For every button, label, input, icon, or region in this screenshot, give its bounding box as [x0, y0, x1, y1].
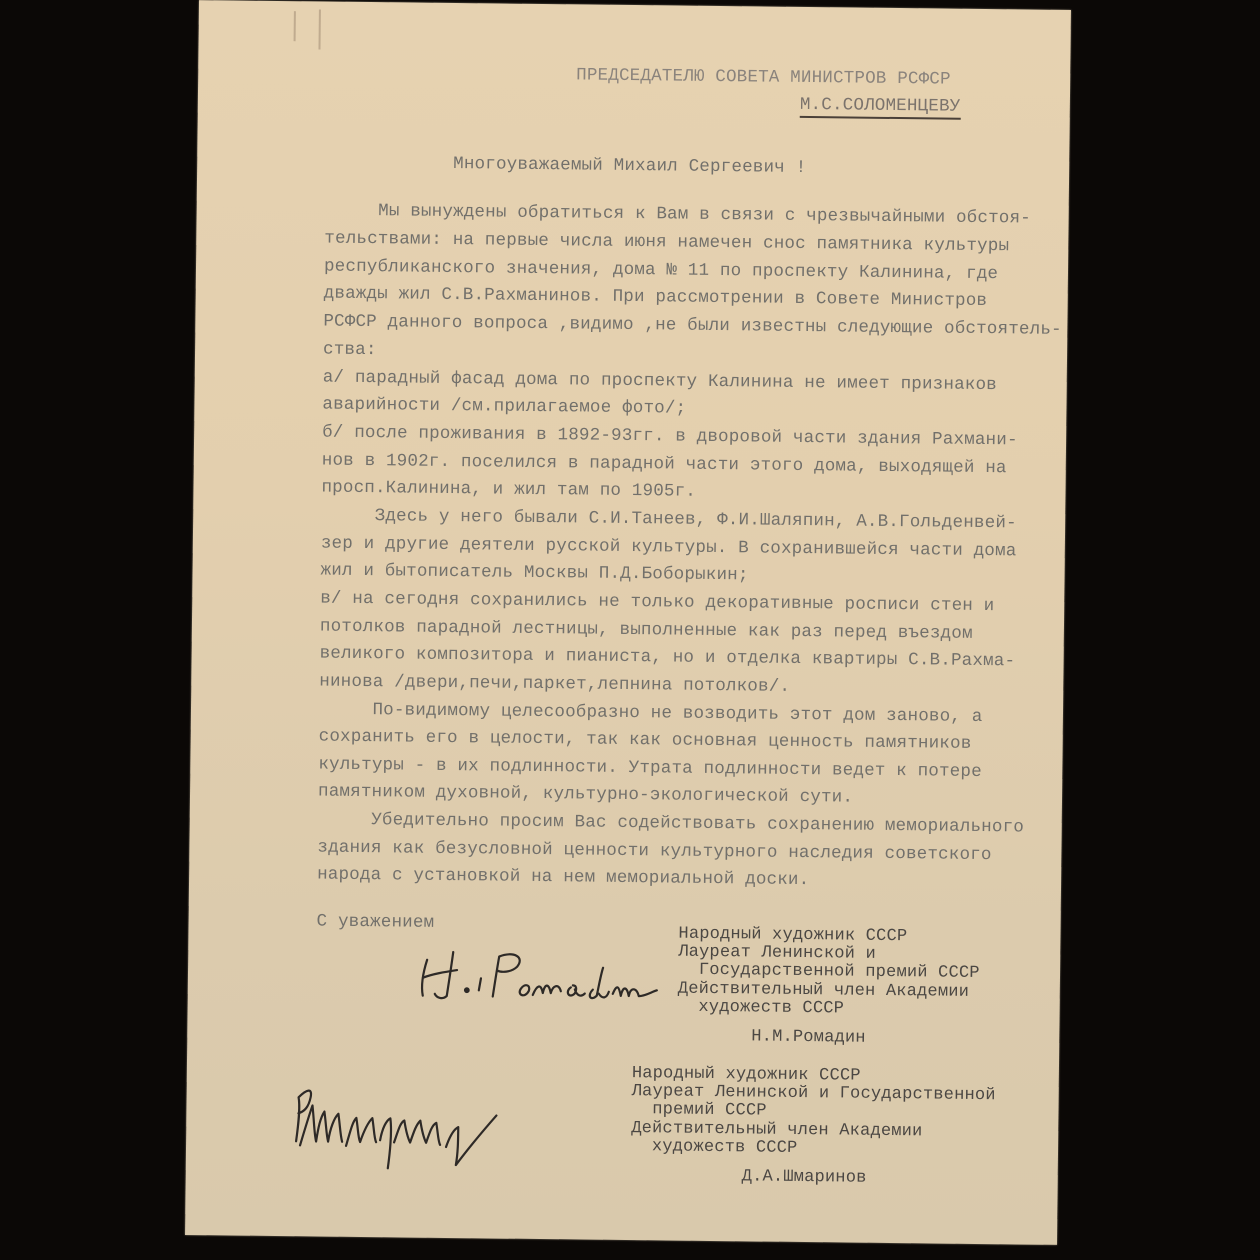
title-line: художеств СССР — [678, 999, 845, 1018]
addressee-line-1: ПРЕДСЕДАТЕЛЮ СОВЕТА МИНИСТРОВ РСФСР — [576, 67, 951, 89]
pencil-mark — [318, 9, 320, 49]
body-line: сохранить его в целости, так как основна… — [319, 728, 972, 753]
body-line: нов в 1902г. поселился в парадной части … — [322, 453, 1007, 478]
body-line: Убедительно просим Вас содействовать сох… — [318, 811, 1024, 837]
body-line: тельствами: на первые числа июня намечен… — [324, 231, 1009, 256]
signature-romadin — [413, 938, 664, 1011]
body-line: РСФСР данного вопроса ,видимо ,не были и… — [323, 314, 1062, 340]
title-line: премий СССР — [631, 1101, 766, 1120]
signatory-block-1: Народный художник СССР Лауреат Ленинской… — [199, 0, 1071, 10]
body-line: потолков парадной лестницы, выполненные … — [320, 619, 973, 644]
body-line: ства: — [323, 342, 377, 360]
body-line: народа с установкой на нем мемориальной … — [317, 866, 809, 889]
title-line: Государственной премий СССР — [678, 962, 980, 982]
body-line: Здесь у него бывали С.И.Танеев, Ф.И.Шаля… — [321, 508, 1017, 533]
body-line: здания как безусловной ценности культурн… — [317, 839, 991, 864]
signatory-block-2: Народный художник СССР Лауреат Ленинской… — [199, 0, 1071, 10]
body-line: зер и другие деятели русской культуры. В… — [321, 536, 1017, 561]
signatory-name: Н.М.Ромадин — [751, 1028, 866, 1046]
body-line: дважды жил С.В.Рахманинов. При рассмотре… — [324, 286, 988, 311]
letter-body: Мы вынуждены обратиться к Вам в связи с … — [199, 0, 1071, 10]
signature-shmarinov — [286, 1071, 517, 1174]
body-line: нинова /двери,печи,паркет,лепнина потолк… — [319, 674, 790, 697]
salutation: Многоуважаемый Михаил Сергеевич ! — [453, 156, 806, 178]
body-line: республиканского значения, дома № 11 по … — [324, 259, 998, 284]
body-line: а/ парадный фасад дома по проспекту Кали… — [323, 370, 997, 395]
addressee-line-2: М.С.СОЛОМЕНЦЕВУ — [800, 97, 961, 116]
body-line: б/ после проживания в 1892-93гг. в дворо… — [322, 425, 1018, 450]
body-line: памятником духовной, культурно-экологиче… — [318, 783, 853, 807]
body-line: великого композитора и пианиста, но и от… — [320, 646, 1016, 671]
body-line: аварийности /см.прилагаемое фото/; — [322, 397, 686, 419]
body-line: просп.Калинина, и жил там по 1905г. — [321, 480, 696, 502]
signatory-name: Д.А.Шмаринов — [742, 1168, 867, 1186]
addressee-name: М.С.СОЛОМЕНЦЕВУ — [800, 95, 961, 120]
body-line: культуры - в их подлинности. Утрата подл… — [318, 756, 982, 781]
body-line: Мы вынуждены обратиться к Вам в связи с … — [325, 203, 1031, 229]
body-line: в/ на сегодня сохранились не только деко… — [320, 591, 994, 616]
title-line: художеств СССР — [631, 1138, 798, 1157]
body-line: По-видимому целесообразно не возводить э… — [319, 702, 983, 727]
closing: С уважением — [316, 913, 434, 932]
letter-page: ПРЕДСЕДАТЕЛЮ СОВЕТА МИНИСТРОВ РСФСР М.С.… — [185, 0, 1071, 1245]
body-line: жил и бытописатель Москвы П.Д.Боборыкин; — [320, 563, 748, 585]
